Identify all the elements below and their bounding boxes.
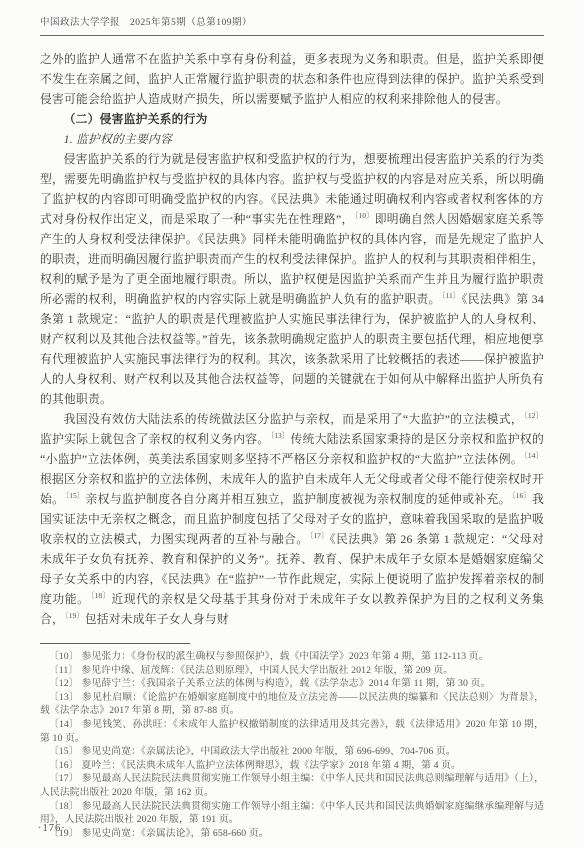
- body-paragraph: 侵害监护关系的行为就是侵害监护权和受监护权的行为，想要梳理出侵害监护关系的行为类…: [40, 149, 544, 409]
- citation-marker: 〔19〕: [65, 611, 84, 620]
- footnote-item: 〔16〕夏吟兰：《民法典未成年人监护立法体例辩思》，载《法学家》2018 年第 …: [40, 759, 544, 773]
- footnote-list: 〔10〕参见张力：《身份权的派生确权与参照保护》，载《中国法学》2023 年第 …: [40, 650, 544, 840]
- footnote-item: 〔17〕参见最高人民法院民法典贯彻实施工作领导小组主编：《中华人民共和国民法典总…: [40, 772, 544, 799]
- citation-marker: 〔15〕: [65, 491, 84, 500]
- footnote-marker: 〔14〕: [49, 719, 79, 730]
- footnote-marker: 〔18〕: [49, 801, 79, 812]
- footnote-item: 〔19〕参见史尚宽：《亲属法论》，第 658-660 页。: [40, 827, 544, 841]
- citation-marker: 〔18〕: [91, 591, 111, 600]
- footnote-item: 〔14〕参见钱笑、孙洪旺：《未成年人监护权撤销制度的法律适用及其完善》，载《法律…: [40, 718, 544, 745]
- subsection-heading: 1. 监护权的主要内容: [40, 129, 544, 149]
- footnote-item: 〔11〕参见许中缘、屈茂辉：《民法总则原理》，中国人民大学出版社 2012 年版…: [40, 664, 544, 678]
- footnote-marker: 〔11〕: [49, 665, 78, 676]
- body-paragraph: 之外的监护人通常不在监护关系中享有身份利益，更多表现为义务和职责。但是，监护关系…: [40, 49, 544, 109]
- citation-marker: 〔12〕: [524, 411, 543, 420]
- footnote-marker: 〔16〕: [49, 760, 79, 771]
- body-paragraph: 我国没有效仿大陆法系的传统做法区分监护与亲权，而是采用了“大监护”的立法模式，〔…: [40, 409, 544, 629]
- journal-page: 中国政法大学学报 2025年第5期（总第109期） 之外的监护人通常不在监护关系…: [0, 0, 584, 848]
- citation-marker: 〔10〕: [355, 211, 374, 220]
- footnote-item: 〔15〕参见史尚宽：《亲属法论》，中国政法大学出版社 2000 年版，第 696…: [40, 745, 544, 759]
- citation-marker: 〔14〕: [524, 451, 543, 460]
- article-body: 之外的监护人通常不在监护关系中享有身份利益，更多表现为义务和职责。但是，监护关系…: [40, 49, 544, 629]
- running-head: 中国政法大学学报 2025年第5期（总第109期）: [40, 14, 544, 36]
- footnote-marker: 〔13〕: [49, 692, 79, 703]
- footnote-separator: [40, 643, 190, 644]
- footnote-marker: 〔15〕: [49, 746, 79, 757]
- footnote-item: 〔18〕参见最高人民法院民法典贯彻实施工作领导小组主编：《中华人民共和国民法典婚…: [40, 800, 544, 827]
- page-number: ·176·: [38, 823, 66, 834]
- footnote-item: 〔12〕参见薛宁兰：《我国亲子关系立法的体例与构造》，载《法学杂志》2014 年…: [40, 677, 544, 691]
- footnote-marker: 〔12〕: [49, 678, 79, 689]
- section-heading: （二）侵害监护关系的行为: [40, 109, 544, 129]
- footnote-marker: 〔17〕: [49, 773, 79, 784]
- citation-marker: 〔13〕: [270, 431, 289, 440]
- footnote-item: 〔13〕参见杜启顺：《论监护在婚姻家庭制度中的地位及立法完善——以民法典的编纂和…: [40, 691, 544, 718]
- citation-marker: 〔16〕: [512, 491, 531, 500]
- footnote-item: 〔10〕参见张力：《身份权的派生确权与参照保护》，载《中国法学》2023 年第 …: [40, 650, 544, 664]
- citation-marker: 〔17〕: [309, 531, 328, 540]
- citation-marker: 〔11〕: [442, 291, 461, 300]
- footnote-marker: 〔10〕: [49, 651, 79, 662]
